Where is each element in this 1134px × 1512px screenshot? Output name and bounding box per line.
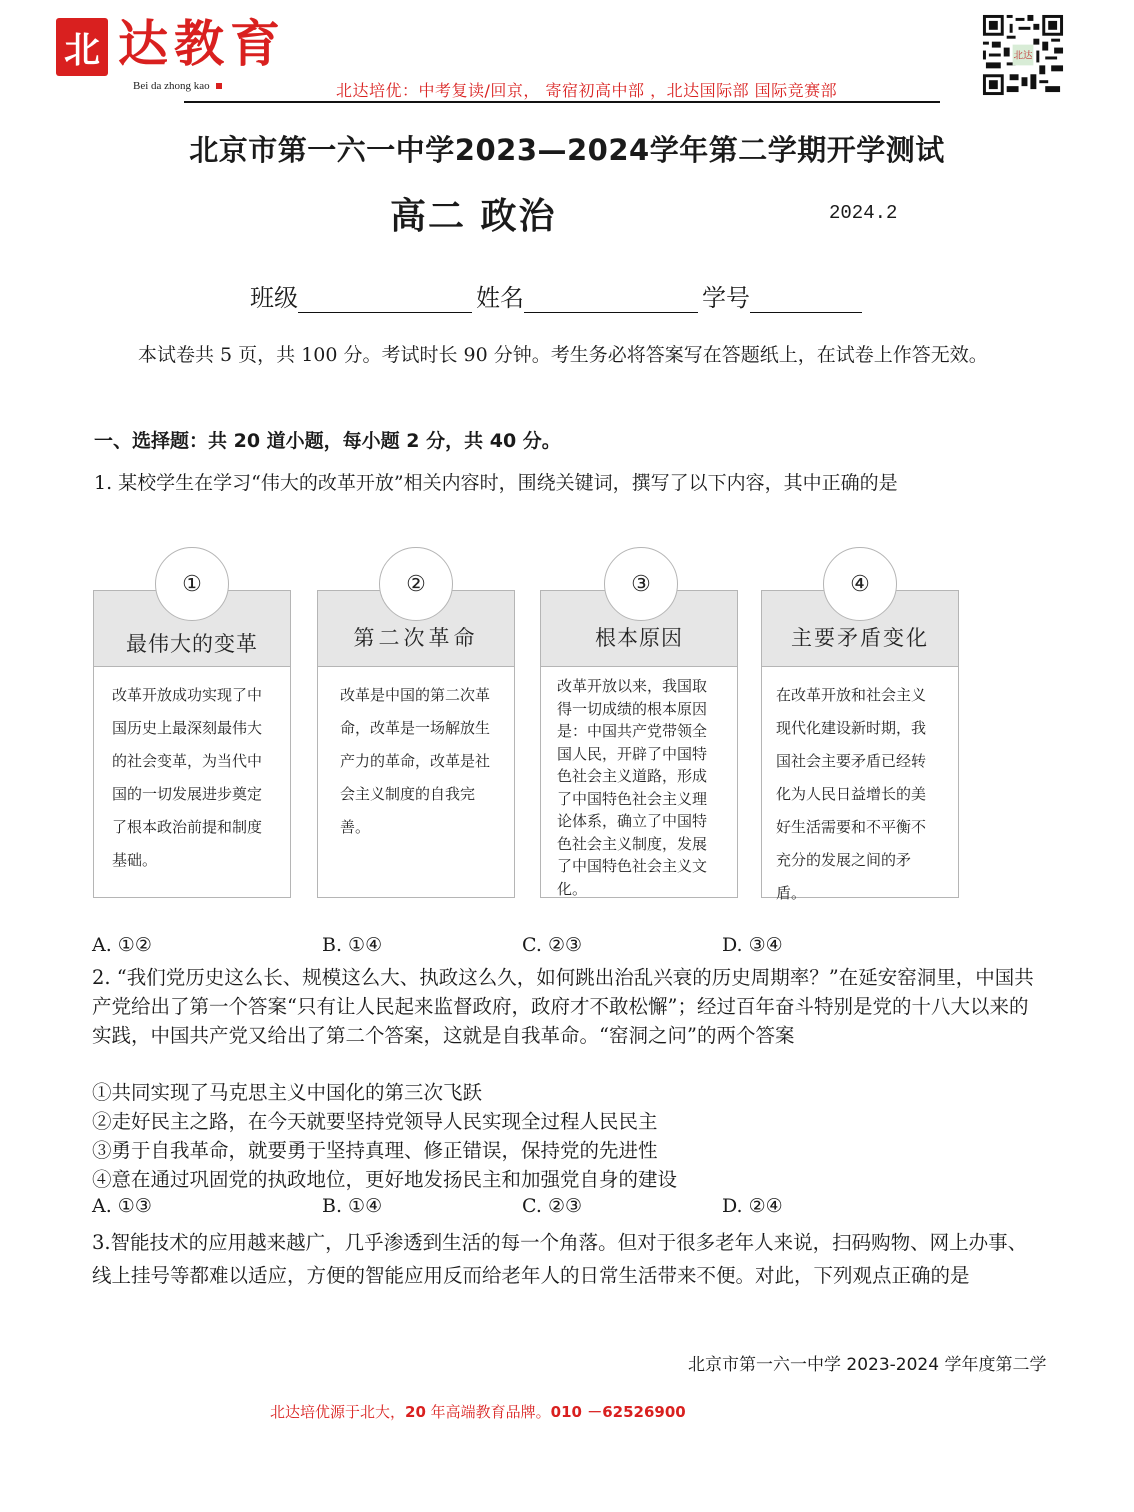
card-title: 主要矛盾变化 bbox=[791, 622, 929, 652]
keyword-card-1: 最伟大的变革 改革开放成功实现了中国历史上最深刻最伟大的社会变革，为当代中国的一… bbox=[93, 590, 291, 898]
option-b[interactable]: B. ①④ bbox=[322, 934, 522, 956]
question-2-statements: ①共同实现了马克思主义中国化的第三次飞跃 ②走好民主之路，在今天就要坚持党领导人… bbox=[92, 1078, 1037, 1194]
card-body: 改革开放成功实现了中国历史上最深刻最伟大的社会变革，为当代中国的一切发展进步奠定… bbox=[94, 667, 290, 877]
logo-subtitle-text: Bei da zhong kao bbox=[133, 80, 210, 92]
page-footer-school: 北京市第一六一中学 2023-2024 学年度第二学 bbox=[688, 1350, 1064, 1375]
ad-phone: 010 －62526900 bbox=[551, 1403, 686, 1421]
class-field[interactable] bbox=[298, 288, 472, 313]
option-b[interactable]: B. ①④ bbox=[322, 1195, 522, 1217]
name-field[interactable] bbox=[524, 288, 698, 313]
card-title: 根本原因 bbox=[595, 622, 683, 652]
svg-text:北达: 北达 bbox=[1014, 50, 1033, 62]
statement-3: ③勇于自我革命，就要勇于坚持真理、修正错误，保持党的先进性 bbox=[92, 1136, 1037, 1165]
exam-subject: 高二 政治 bbox=[390, 188, 557, 239]
header-slogan: 北达培优：中考复读/回京， 寄宿初高中部 ，北达国际部 国际竞赛部 bbox=[336, 78, 837, 101]
student-id-field[interactable] bbox=[750, 288, 862, 313]
section-heading: 一、选择题：共 20 道小题，每小题 2 分，共 40 分。 bbox=[94, 426, 561, 453]
question-1-stem: 1. 某校学生在学习“伟大的改革开放”相关内容时，围绕关键词，撰写了以下内容，其… bbox=[94, 468, 1034, 499]
keyword-card-4: 主要矛盾变化 在改革开放和社会主义现代化建设新时期，我国社会主要矛盾已经转化为人… bbox=[761, 590, 959, 898]
card-body: 改革开放以来，我国取得一切成绩的根本原因是：中国共产党带领全国人民，开辟了中国特… bbox=[541, 667, 737, 900]
brand-logo-mark: 北 bbox=[56, 18, 108, 76]
ad-years: 20 bbox=[405, 1403, 426, 1421]
card-marker-1: ① bbox=[155, 547, 229, 621]
red-square-icon bbox=[216, 83, 222, 89]
student-info-line: 班级姓名学号 bbox=[250, 278, 866, 313]
card-marker-3: ③ bbox=[604, 547, 678, 621]
question-2-stem: 2. “我们党历史这么长、规模这么大、执政这么久，如何跳出治乱兴衰的历史周期率？… bbox=[92, 963, 1037, 1050]
card-marker-2: ② bbox=[379, 547, 453, 621]
card-title: 第二次革命 bbox=[354, 622, 479, 652]
option-d[interactable]: D. ③④ bbox=[722, 934, 783, 956]
option-a[interactable]: A. ①③ bbox=[92, 1195, 322, 1217]
option-c[interactable]: C. ②③ bbox=[522, 1195, 722, 1217]
question-3-stem: 3.智能技术的应用越来越广，几乎渗透到生活的每一个角落。但对于很多老年人来说，扫… bbox=[92, 1226, 1037, 1292]
logo-mark-text: 北 bbox=[64, 22, 100, 73]
id-label: 学号 bbox=[702, 284, 750, 312]
card-title: 最伟大的变革 bbox=[126, 628, 258, 658]
question-2-options: A. ①③ B. ①④ C. ②③ D. ②④ bbox=[92, 1195, 852, 1217]
card-marker-4: ④ bbox=[823, 547, 897, 621]
question-1-options: A. ①② B. ①④ C. ②③ D. ③④ bbox=[92, 934, 852, 956]
qr-code-icon: 北达 bbox=[980, 12, 1066, 98]
ad-prefix: 北达培优源于北大， bbox=[270, 1403, 405, 1421]
class-label: 班级 bbox=[250, 284, 298, 312]
keyword-card-3: 根本原因 改革开放以来，我国取得一切成绩的根本原因是：中国共产党带领全国人民，开… bbox=[540, 590, 738, 898]
option-d[interactable]: D. ②④ bbox=[722, 1195, 783, 1217]
ad-middle: 年高端教育品牌。 bbox=[426, 1403, 551, 1421]
exam-date: 2024.2 bbox=[829, 202, 897, 224]
brand-logo-text: 达教育 bbox=[118, 14, 286, 74]
exam-instructions: 本试卷共 5 页，共 100 分。考试时长 90 分钟。考生务必将答案写在答题纸… bbox=[94, 340, 1034, 371]
card-body: 在改革开放和社会主义现代化建设新时期，我国社会主要矛盾已经转化为人民日益增长的美… bbox=[762, 667, 958, 910]
name-label: 姓名 bbox=[476, 284, 524, 312]
header-divider bbox=[184, 101, 940, 103]
keyword-card-2: 第二次革命 改革是中国的第二次革命，改革是一场解放生产力的革命，改革是社会主义制… bbox=[317, 590, 515, 898]
brand-logo-subtitle: Bei da zhong kao bbox=[133, 80, 222, 92]
option-a[interactable]: A. ①② bbox=[92, 934, 322, 956]
footer-advert: 北达培优源于北大，20 年高端教育品牌。010 －62526900 bbox=[270, 1401, 686, 1422]
option-c[interactable]: C. ②③ bbox=[522, 934, 722, 956]
card-body: 改革是中国的第二次革命，改革是一场解放生产力的革命，改革是社会主义制度的自我完善… bbox=[318, 667, 514, 844]
statement-2: ②走好民主之路，在今天就要坚持党领导人民实现全过程人民民主 bbox=[92, 1107, 1037, 1136]
statement-4: ④意在通过巩固党的执政地位，更好地发扬民主和加强党自身的建设 bbox=[92, 1165, 1037, 1194]
statement-1: ①共同实现了马克思主义中国化的第三次飞跃 bbox=[92, 1078, 1037, 1107]
exam-title: 北京市第一六一中学2023—2024学年第二学期开学测试 bbox=[0, 128, 1134, 169]
